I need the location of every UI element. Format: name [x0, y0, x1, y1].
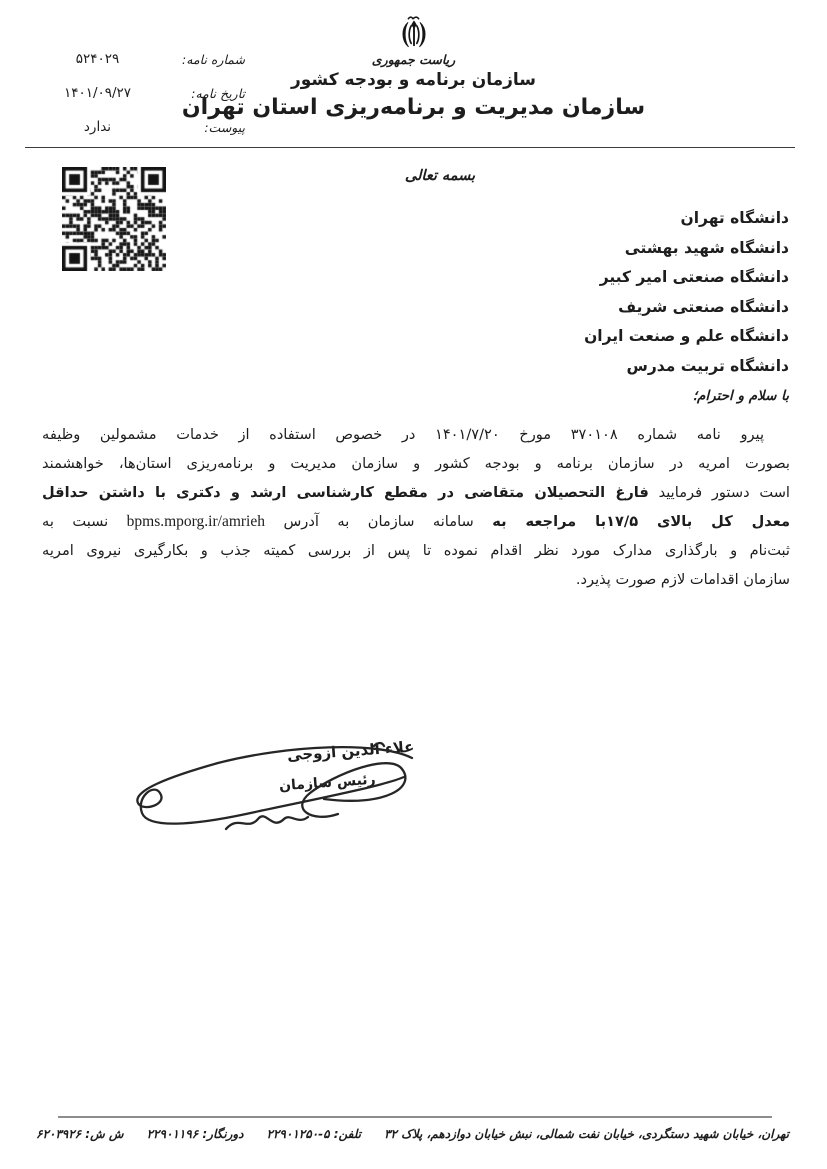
body-text-regular: سامانه سازمان به آدرس: [265, 513, 492, 530]
portal-url: bpms.mporg.ir/amrieh: [127, 513, 265, 530]
recipient-item: دانشگاه تهران: [584, 204, 789, 234]
footer-phone: تلفن: ۵-۲۲۹۰۱۲۵۰: [267, 1127, 362, 1141]
recipient-item: دانشگاه صنعتی امیر کبیر: [584, 263, 789, 293]
letter-date-label: تاریخ نامه:: [165, 86, 245, 101]
body-line: پیرو نامه شماره ۳۷۰۱۰۸ مورخ ۱۴۰۱/۷/۲۰ در…: [42, 420, 790, 449]
footer-bar: تهران، خیابان شهید دستگردی، خیابان نفت ش…: [36, 1127, 789, 1141]
recipient-item: دانشگاه صنعتی شریف: [584, 293, 789, 323]
letter-number-value: ۵۲۴۰۲۹: [30, 51, 165, 67]
body-line: بصورت امریه در سازمان برنامه و بودجه کشو…: [42, 449, 790, 478]
body-line: معدل کل بالای ۱۷/۵با مراجعه به سامانه سا…: [42, 507, 790, 536]
body-line: سازمان اقدامات لازم صورت پذیرد.: [42, 565, 790, 594]
recipient-item: دانشگاه شهید بهشتی: [584, 234, 789, 264]
recipient-item: دانشگاه تربیت مدرس: [584, 352, 789, 382]
body-text-regular: است دستور فرمایید: [649, 484, 790, 501]
letter-meta: شماره نامه: ۵۲۴۰۲۹ تاریخ نامه: ۱۴۰۱/۰۹/۲…: [30, 42, 245, 144]
footer-fax: دورنگار: ۲۲۹۰۱۱۹۶: [147, 1127, 244, 1141]
attachment-label: پیوست:: [165, 120, 245, 135]
footer-divider: [58, 1116, 772, 1118]
letter-number-label: شماره نامه:: [165, 52, 245, 67]
letter-body: پیرو نامه شماره ۳۷۰۱۰۸ مورخ ۱۴۰۱/۷/۲۰ در…: [42, 420, 790, 594]
letter-number-row: شماره نامه: ۵۲۴۰۲۹: [30, 42, 245, 76]
handwritten-signature-icon: [128, 736, 418, 848]
body-text-bold: معدل کل بالای ۱۷/۵با مراجعه به: [492, 513, 790, 530]
iran-emblem-icon: [397, 13, 431, 51]
attachment-value: ندارد: [30, 119, 165, 135]
footer-address: تهران، خیابان شهید دستگردی، خیابان نفت ش…: [384, 1127, 789, 1141]
recipient-item: دانشگاه علم و صنعت ایران: [584, 322, 789, 352]
recipients-list: دانشگاه تهران دانشگاه شهید بهشتی دانشگاه…: [584, 204, 789, 381]
body-line: ثبت‌نام و بارگذاری مدارک مورد نظر اقدام …: [42, 536, 790, 565]
letter-date-value: ۱۴۰۱/۰۹/۲۷: [30, 85, 165, 101]
qr-code-icon: [62, 167, 166, 271]
letter-date-row: تاریخ نامه: ۱۴۰۱/۰۹/۲۷: [30, 76, 245, 110]
body-line: است دستور فرمایید فارغ التحصیلان متقاضی …: [42, 478, 790, 507]
header-divider: [25, 147, 795, 148]
body-text-regular: نسبت به: [42, 513, 127, 530]
body-text-bold: فارغ التحصیلان متقاضی در مقطع کارشناسی ا…: [42, 484, 649, 501]
besmele-text: بسمه تعالی: [380, 168, 500, 184]
letter-page: ریاست جمهوری سازمان برنامه و بودجه کشور …: [0, 0, 827, 1169]
footer-serial: ش ش: ۶۲۰۳۹۲۶: [36, 1127, 124, 1141]
salutation-text: با سلام و احترام؛: [693, 388, 789, 404]
attachment-row: پیوست: ندارد: [30, 110, 245, 144]
signature-block: علاء الدین ازوجی رئیس سازمان: [128, 736, 418, 848]
